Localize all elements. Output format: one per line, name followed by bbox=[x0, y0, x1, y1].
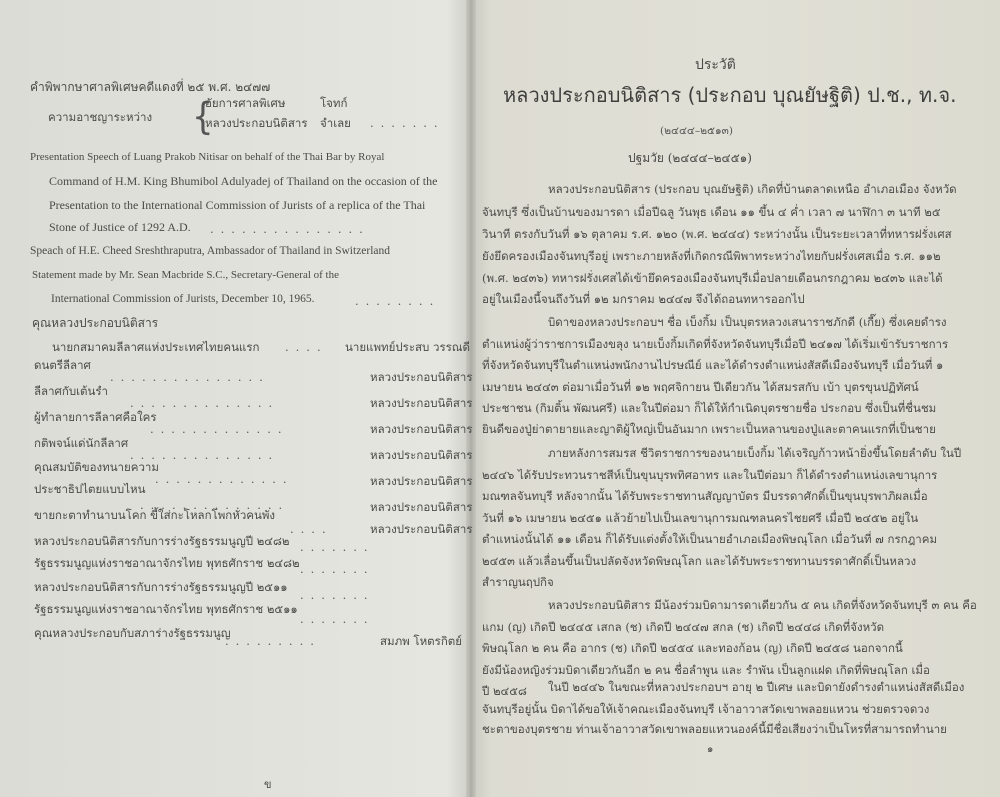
body-line: จันทบุรีอยู่นั้น บิดาได้ขอให้เจ้าคณะเมือ… bbox=[482, 702, 929, 716]
leader-dots: .............. bbox=[130, 396, 279, 410]
toc-title: คุณสมบัติของทนายความ bbox=[34, 460, 159, 474]
leader-dots: ....... bbox=[300, 562, 375, 576]
leader-dots: ............... bbox=[210, 222, 370, 236]
body-line: ยังยึดครองเมืองจันทบุรีอยู่ เพราะภายหลัง… bbox=[482, 249, 941, 263]
en-entry-1-line-2: Command of H.M. King Bhumibol Adulyadej … bbox=[49, 174, 437, 188]
section-heading-early-life: ปฐมวัย (๒๔๔๔–๒๔๕๑) bbox=[628, 151, 752, 165]
left-page-number: ข bbox=[264, 778, 272, 792]
toc-author: หลวงประกอบนิติสาร bbox=[370, 474, 473, 488]
body-line: ที่จังหวัดจันทบุรีในตำแหน่งพนักงานไปรษณี… bbox=[482, 358, 943, 372]
en-entry-2: Speach of H.E. Cheed Sreshthraputra, Amb… bbox=[30, 244, 390, 258]
leader-dots: ......... bbox=[225, 634, 321, 648]
en-entry-3-line-1: Statement made by Mr. Sean Macbride S.C.… bbox=[32, 268, 339, 282]
case-plaintiff: อัยการศาลพิเศษ bbox=[205, 96, 285, 110]
body-line: อยู่ในเมืองนี้จนถึงวันที่ ๑๒ มกราคม ๒๔๔๗… bbox=[482, 292, 805, 306]
en-entry-1-line-4: Stone of Justice of 1292 A.D. bbox=[49, 220, 191, 234]
toc-title: ลีลาศกับเต้นรำ bbox=[34, 384, 108, 398]
leader-dots: .... bbox=[285, 340, 328, 354]
toc-title: ประชาธิปไตยแบบไหน bbox=[34, 482, 145, 496]
body-line: ชะตาของบุตรชาย ท่านเจ้าอาวาสวัดเขาพลอยแห… bbox=[482, 722, 947, 736]
toc-title: หลวงประกอบนิติสารกับการร่างรัฐธรรมนูญปี … bbox=[34, 534, 289, 548]
toc-author: หลวงประกอบนิติสาร bbox=[370, 448, 473, 462]
en-entry-1-line-1: Presentation Speech of Luang Prakob Niti… bbox=[30, 150, 384, 164]
body-line: ประชาชน (กิมติ้น พัฒนศรี) และในปีต่อมา ก… bbox=[482, 401, 936, 415]
body-line: หลวงประกอบนิติสาร มีน้องร่วมบิดามารดาเดี… bbox=[548, 598, 977, 612]
case-plaintiff-role: โจทก์ bbox=[320, 96, 347, 110]
body-line: วินาที ตรงกับวันที่ ๑๖ ตุลาคม ร.ศ. ๑๒๐ (… bbox=[482, 227, 952, 241]
leader-dots: ............... bbox=[110, 370, 270, 384]
body-line: เมษายน ๒๔๔๓ ต่อมาเมื่อวันที่ ๑๒ พฤศจิกาย… bbox=[482, 380, 919, 394]
toc-title: รัฐธรรมนูญแห่งราชอาณาจักรไทย พุทธศักราช … bbox=[34, 602, 298, 616]
body-line: มณฑลจันทบุรี หลังจากนั้น ได้รับพระราชทาน… bbox=[482, 489, 928, 503]
body-line: วันที่ ๑๖ เมษายน ๒๔๕๑ แล้วย้ายไปเป็นเลขา… bbox=[482, 511, 918, 525]
body-line: จันทบุรี ซึ่งเป็นบ้านของมารดา เมื่อปีฉลู… bbox=[482, 205, 941, 219]
body-line: บิดาของหลวงประกอบฯ ชื่อ เบ็งกิ้ม เป็นบุต… bbox=[548, 315, 947, 329]
toc-author: หลวงประกอบนิติสาร bbox=[370, 370, 473, 384]
body-line: ๒๔๔๖ ได้รับประทวนราชสีห์เป็นขุนบุรพทิศอา… bbox=[482, 468, 937, 482]
leader-dots: ............. bbox=[155, 472, 294, 486]
toc-author: หลวงประกอบนิติสาร bbox=[370, 500, 473, 514]
leader-dots: ....... bbox=[370, 116, 445, 130]
body-line: ๒๔๕๓ แล้วเลื่อนขึ้นเป็นปลัดจังหวัดพิษณุโ… bbox=[482, 554, 916, 568]
biography-kicker: ประวัติ bbox=[695, 58, 736, 72]
section-heading: คุณหลวงประกอบนิติสาร bbox=[32, 316, 158, 330]
toc-author: หลวงประกอบนิติสาร bbox=[370, 396, 473, 410]
body-line: สำราญนฤปกิจ bbox=[482, 575, 554, 589]
body-line: หลวงประกอบนิติสาร (ประกอบ บุณยัษฐิติ) เก… bbox=[548, 182, 957, 196]
leader-dots: ....... bbox=[300, 588, 375, 602]
body-line: พิษณุโลก ๒ คน คือ อากร (ช) เกิดปี ๒๔๕๔ แ… bbox=[482, 641, 903, 655]
toc-title: หลวงประกอบนิติสารกับการร่างรัฐธรรมนูญปี … bbox=[34, 580, 288, 594]
right-page bbox=[470, 0, 1000, 797]
leader-dots: .... bbox=[290, 522, 333, 536]
body-line: (พ.ศ. ๒๔๓๖) ทหารฝรั่งเศสได้เข้ายึดครองเม… bbox=[482, 271, 943, 285]
left-header: คำพิพากษาศาลพิเศษคดีแดงที่ ๒๕ พ.ศ. ๒๔๗๗ bbox=[30, 80, 270, 94]
leader-dots: ....... bbox=[300, 540, 375, 554]
leader-dots: ........ bbox=[355, 294, 440, 308]
case-defendant: หลวงประกอบนิติสาร bbox=[205, 116, 308, 130]
body-line: ปี ๒๔๕๘ bbox=[482, 684, 527, 698]
toc-author: หลวงประกอบนิติสาร bbox=[370, 422, 473, 436]
lifespan: (๒๔๔๔–๒๕๑๓) bbox=[660, 124, 733, 138]
body-line: ยินดีของปู่ย่าตายายและญาติผู้ใหญ่เป็นอัน… bbox=[482, 422, 936, 436]
right-page-number: ๑ bbox=[707, 743, 713, 757]
leader-dots: ............. bbox=[150, 422, 289, 436]
toc-author: หลวงประกอบนิติสาร bbox=[370, 522, 473, 536]
biography-title: หลวงประกอบนิติสาร (ประกอบ บุณยัษฐิติ) ป.… bbox=[503, 88, 956, 102]
body-line: ตำแหน่งผู้ว่าราชการเมืองขลุง นายเบ็งกิ้ม… bbox=[482, 337, 948, 351]
toc-title: ผู้ทำลายการลีลาศคือใคร bbox=[34, 410, 157, 424]
case-defendant-role: จำเลย bbox=[320, 116, 351, 130]
en-entry-1-line-3: Presentation to the International Commis… bbox=[49, 198, 425, 212]
toc-author: สมภพ โหตรกิตย์ bbox=[380, 634, 462, 648]
toc-title: นายกสมาคมลีลาศแห่งประเทศไทยคนแรก bbox=[52, 340, 259, 354]
body-line: ยังมีน้องหญิงร่วมบิดาเดียวกันอีก ๒ คน ชื… bbox=[482, 663, 930, 677]
body-line: ในปี ๒๔๔๖ ในขณะที่หลวงประกอบฯ อายุ ๒ ปีเ… bbox=[548, 680, 964, 694]
toc-title: คุณหลวงประกอบกับสภาร่างรัฐธรรมนูญ bbox=[34, 626, 231, 640]
body-line: ตำแหน่งนั้นได้ ๑๑ เดือน ก็ได้รับแต่งตั้ง… bbox=[482, 532, 937, 546]
leader-dots: ....... bbox=[300, 612, 375, 626]
toc-title: รัฐธรรมนูญแห่งราชอาณาจักรไทย พุทธศักราช … bbox=[34, 556, 300, 570]
en-entry-3-line-2: International Commission of Jurists, Dec… bbox=[51, 292, 315, 306]
toc-author: นายแพทย์ประสบ วรรณดี bbox=[345, 340, 470, 354]
toc-title: กติพจน์แด่นักลีลาศ bbox=[34, 436, 128, 450]
body-line: ภายหลังการสมรส ชีวิตราชการของนายเบ็งกิ้ม… bbox=[548, 446, 961, 460]
body-line: แกม (ญ) เกิดปี ๒๔๔๕ เสกล (ช) เกิดปี ๒๔๔๗… bbox=[482, 620, 884, 634]
toc-title: ดนตรีลีลาศ bbox=[34, 358, 91, 372]
case-label: ความอาชญาระหว่าง bbox=[48, 110, 152, 124]
toc-title: ขายกะตาทำนาบนโคก ขี้ใส่กะโหลกโพกหัวคนพัง bbox=[34, 508, 275, 522]
